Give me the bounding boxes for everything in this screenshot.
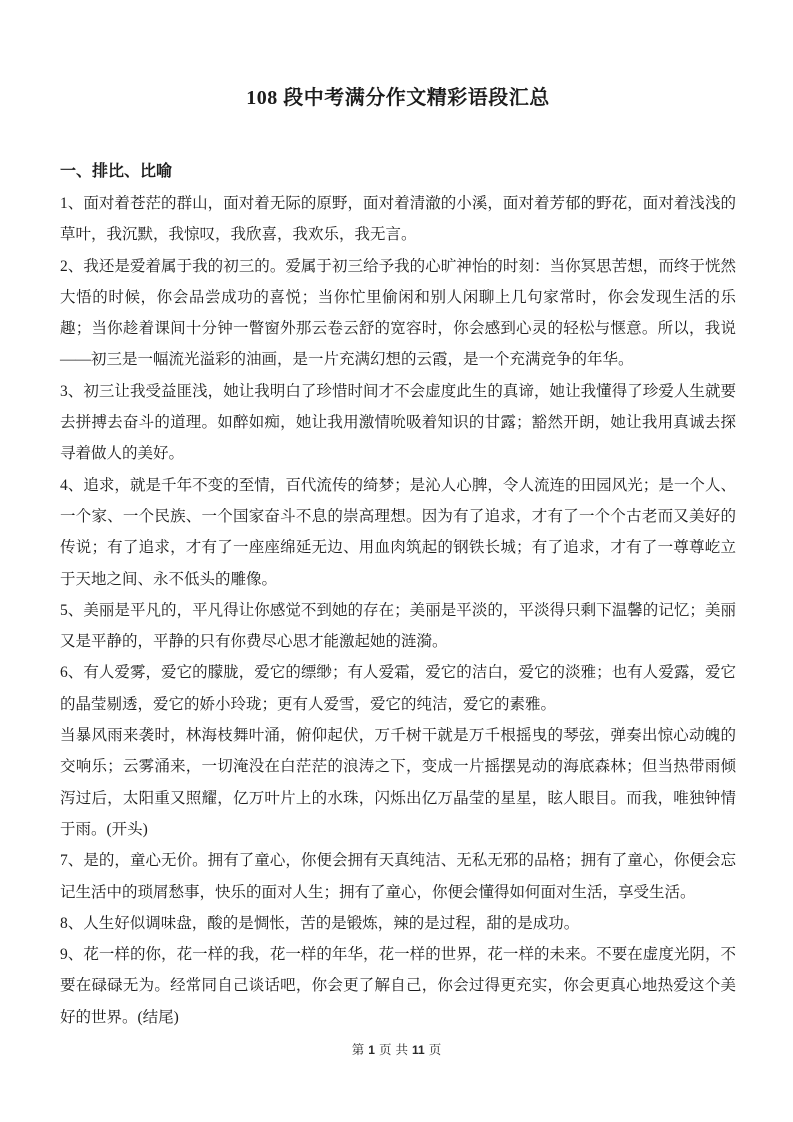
footer-label-di: 第 (352, 1043, 365, 1057)
document-page: 108 段中考满分作文精彩语段汇总 一、排比、比喻 1、面对着苍茫的群山，面对着… (0, 0, 793, 1122)
footer-total-pages: 11 (412, 1043, 425, 1057)
paragraph-4: 4、追求，就是千年不变的至情，百代流传的绮梦；是沁人心脾，令人流连的田园风光；是… (60, 470, 736, 595)
paragraph-3: 3、初三让我受益匪浅，她让我明白了珍惜时间才不会虚度此生的真谛，她让我懂得了珍爱… (60, 376, 736, 470)
paragraph-7: 7、是的，童心无价。拥有了童心，你便会拥有天真纯洁、无私无邪的品格；拥有了童心，… (60, 845, 736, 908)
paragraph-2: 2、我还是爱着属于我的初三的。爱属于初三给予我的心旷神怡的时刻：当你冥思苦想，而… (60, 251, 736, 376)
paragraph-8: 8、人生好似调味盘，酸的是惆怅，苦的是锻炼，辣的是过程，甜的是成功。 (60, 908, 736, 939)
footer-label-ye: 页 (379, 1043, 392, 1057)
paragraph-5: 5、美丽是平凡的，平凡得让你感觉不到她的存在；美丽是平淡的，平淡得只剩下温馨的记… (60, 595, 736, 658)
document-title: 108 段中考满分作文精彩语段汇总 (60, 85, 736, 111)
section-heading: 一、排比、比喻 (60, 162, 736, 182)
paragraph-1: 1、面对着苍茫的群山，面对着无际的原野，面对着清澈的小溪，面对着芳郁的野花，面对… (60, 188, 736, 251)
paragraph-9: 9、花一样的你，花一样的我，花一样的年华，花一样的世界，花一样的未来。不要在虚度… (60, 939, 736, 1033)
document-body: 1、面对着苍茫的群山，面对着无际的原野，面对着清澈的小溪，面对着芳郁的野花，面对… (60, 188, 736, 1033)
footer-label-gong: 共 (396, 1043, 409, 1057)
paragraph-6: 6、有人爱雾，爱它的朦胧，爱它的缥缈；有人爱霜，爱它的洁白，爱它的淡雅；也有人爱… (60, 657, 736, 720)
footer-label-ye-2: 页 (429, 1043, 442, 1057)
footer-current-page: 1 (368, 1043, 375, 1057)
page-footer: 第1页共11页 (0, 1042, 793, 1058)
paragraph-storm-rain: 当暴风雨来袭时，林海枝舞叶涌，俯仰起伏，万千树干就是万千根摇曳的琴弦，弹奏出惊心… (60, 720, 736, 845)
